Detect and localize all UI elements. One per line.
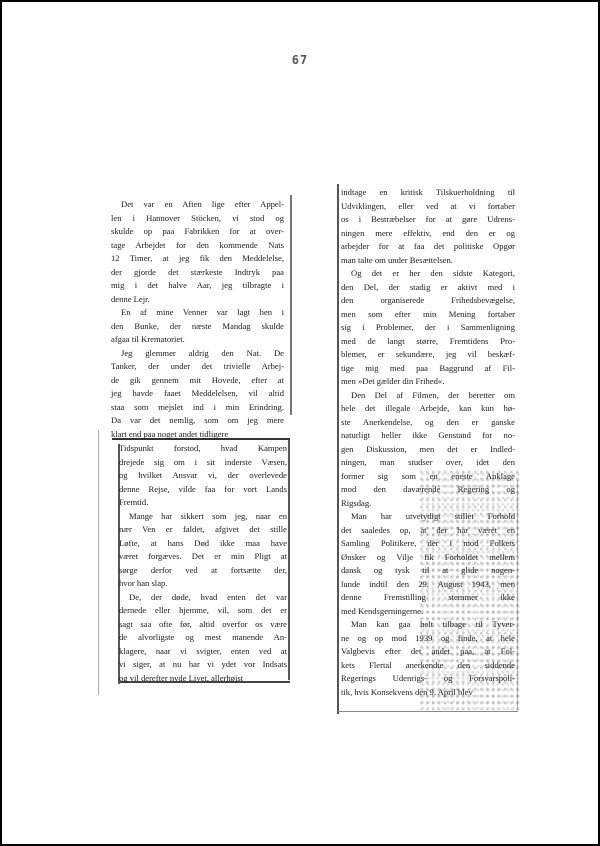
clipping-border — [337, 184, 339, 714]
paragraph: Man har utvetydigt stillet Forholddet sa… — [341, 510, 515, 618]
text-line: lunde indtil den 29. August 1943, men — [341, 578, 515, 592]
text-line: Valgbevis efter det andet paa, at Fol- — [341, 645, 515, 659]
page-number: 67 — [0, 53, 600, 67]
text-line: Samling Politikere, der i mod Folkets — [341, 537, 515, 551]
text-line: blemer, er sekundære, jeg vil beskæf- — [341, 348, 515, 362]
newspaper-clipping-right: indtage en kritisk Tilskuerholdning tilU… — [341, 186, 515, 699]
text-line: der gjorde det stærkeste Indtryk paa — [111, 266, 284, 280]
text-line: Rigsdag. — [341, 497, 515, 511]
text-line: ningen, man studser over, idet den — [341, 456, 515, 470]
paragraph: indtage en kritisk Tilskuerholdning tilU… — [341, 186, 515, 267]
text-line: former sig som en eneste Anklage — [341, 470, 515, 484]
text-line: hele det illegale Arbejde, kan kun hø- — [341, 402, 515, 416]
text-line: Den Del af Filmen, der beretter om — [341, 389, 515, 403]
text-line: En af mine Venner var lagt hen i — [111, 306, 284, 320]
paragraph: Mange har sikkert som jeg, naar ennær Ve… — [119, 510, 287, 591]
text-line: mig i det halve Aar, jeg tilbragte i — [111, 279, 284, 293]
text-line: Løfte, at hans Død ikke maa have — [119, 537, 287, 551]
text-line: sørge derfor ved at fortsætte der, — [119, 564, 287, 578]
text-line: gen Diskussion, men det er Indled- — [341, 443, 515, 457]
text-line: Tidspunkt forstod, hvad Kampen — [119, 442, 287, 456]
text-line: dernede eller hjemme, vil, som det er — [119, 604, 287, 618]
paragraph: Den Del af Filmen, der beretter omhele d… — [341, 389, 515, 511]
clipping-border — [290, 195, 292, 415]
newspaper-clipping-left-bottom: Tidspunkt forstod, hvad Kampendrejede si… — [119, 442, 287, 685]
text-line: været forgæves. Det er min Pligt at — [119, 550, 287, 564]
text-line: Ønsker og Vilje fik Forholdet mellem — [341, 551, 515, 565]
text-line: ne og op mod 1939 og finde, at hele — [341, 632, 515, 646]
text-line: den Del, der stadig er aktivt med i — [341, 281, 515, 295]
text-line: dansk og tysk til at glide nogen- — [341, 564, 515, 578]
text-line: og hvilket Ansvar vi, der overlevede — [119, 469, 287, 483]
text-line: tage Arbejdet for den kommende Nats — [111, 239, 284, 253]
text-line: Og det er her den sidste Kategori, — [341, 267, 515, 281]
text-line: denne Rejse, vilde faa for vort Lands — [119, 483, 287, 497]
text-line: hvor han slap. — [119, 577, 287, 591]
paragraph: De, der døde, hvad enten det vardernede … — [119, 591, 287, 686]
text-line: Regerings Udenrigs- og Forsvarspoli- — [341, 672, 515, 686]
text-line: mod den daværende Regering og — [341, 483, 515, 497]
newspaper-clipping-left-top: Det var en Aften lige efter Appel-len i … — [111, 198, 284, 441]
scan-edge-line — [517, 480, 518, 710]
text-line: len i Hannover Stöcken, vi stod og — [111, 212, 284, 226]
text-line: den Bunke, der næste Mandag skulde — [111, 320, 284, 334]
text-line: det saaledes op, at der har været en — [341, 524, 515, 538]
text-line: tige mig med paa Baggrund af Fil- — [341, 362, 515, 376]
text-line: Udviklingen, eller ved at vi fortaber — [341, 200, 515, 214]
text-line: naturligt heller ikke Genstand for no- — [341, 429, 515, 443]
text-line: de alvorligste og mest manende An- — [119, 631, 287, 645]
text-line: ningen mere effektiv, end den er og — [341, 227, 515, 241]
text-line: Tanker, der under det trivielle Arbej- — [111, 360, 284, 374]
text-line: drejede sig om i sit inderste Væsen, — [119, 456, 287, 470]
text-line: vi siger, at nu har vi ydet vor Indsats — [119, 658, 287, 672]
text-line: klart end paa noget andet tidligere — [111, 428, 284, 442]
text-line: Det var en Aften lige efter Appel- — [111, 198, 284, 212]
text-line: sagt saa ofte før, altid overfor os være — [119, 618, 287, 632]
text-line: Man har utvetydigt stillet Forhold — [341, 510, 515, 524]
text-line: De, der døde, hvad enten det var — [119, 591, 287, 605]
text-line: sig i Problemer, der i Sammenligning — [341, 321, 515, 335]
paragraph: Og det er her den sidste Kategori,den De… — [341, 267, 515, 389]
text-line: kets Flertal anerkendte den siddende — [341, 659, 515, 673]
text-line: afgaa til Krematoriet. — [111, 333, 284, 347]
text-line: klagere, naar vi svigter, enten ved at — [119, 645, 287, 659]
paragraph: Tidspunkt forstod, hvad Kampendrejede si… — [119, 442, 287, 510]
text-line: men som efter min Mening fortaber — [341, 308, 515, 322]
text-line: med de langt større, Fremtidens Pro- — [341, 335, 515, 349]
text-line: man talte om under Besættelsen. — [341, 254, 515, 268]
text-line: Da var det nemlig, som om jeg mere — [111, 414, 284, 428]
clipping-border — [288, 440, 290, 680]
text-line: os i Bestræbelser for at gøre Udrens- — [341, 213, 515, 227]
text-line: de gik gennem mit Hovede, efter at — [111, 374, 284, 388]
paragraph: Det var en Aften lige efter Appel-len i … — [111, 198, 284, 306]
text-line: og vil derefter nyde Livet, allerhøjst — [119, 672, 287, 686]
text-line: tik, hvis Konsekvens den 9. April blev — [341, 686, 515, 700]
paragraph: En af mine Venner var lagt hen iden Bunk… — [111, 306, 284, 347]
text-line: med Kendsgerningerne. — [341, 605, 515, 619]
text-line: nær Ven er faldet, afgivet det stille — [119, 523, 287, 537]
scan-edge-line — [98, 430, 99, 695]
scan-edge-line — [338, 711, 518, 712]
text-line: jeg havde faaet Meddelelsen, vil altid — [111, 387, 284, 401]
text-line: men »Det gælder din Frihed«. — [341, 375, 515, 389]
text-line: Jeg glemmer aldrig den Nat. De — [111, 347, 284, 361]
paragraph: Man kan gaa helt tilbage til Tyver-ne og… — [341, 618, 515, 699]
text-line: indtage en kritisk Tilskuerholdning til — [341, 186, 515, 200]
text-line: ste Anerkendelse, og den er ganske — [341, 416, 515, 430]
text-line: denne Lejr. — [111, 293, 284, 307]
text-line: den organiserede Frihedsbevægelse, — [341, 294, 515, 308]
paragraph: Jeg glemmer aldrig den Nat. DeTanker, de… — [111, 347, 284, 442]
text-line: skulde op paa Fabrikken for at over- — [111, 225, 284, 239]
text-line: denne Fremstilling stemmer ikke — [341, 591, 515, 605]
text-line: arbejder for at faa det politiske Opgør — [341, 240, 515, 254]
text-line: Fremtid. — [119, 496, 287, 510]
text-line: Man kan gaa helt tilbage til Tyver- — [341, 618, 515, 632]
text-line: Mange har sikkert som jeg, naar en — [119, 510, 287, 524]
text-line: staa som mejslet ind i min Erindring. — [111, 401, 284, 415]
text-line: 12 Timer, at jeg fik den Meddelelse, — [111, 252, 284, 266]
